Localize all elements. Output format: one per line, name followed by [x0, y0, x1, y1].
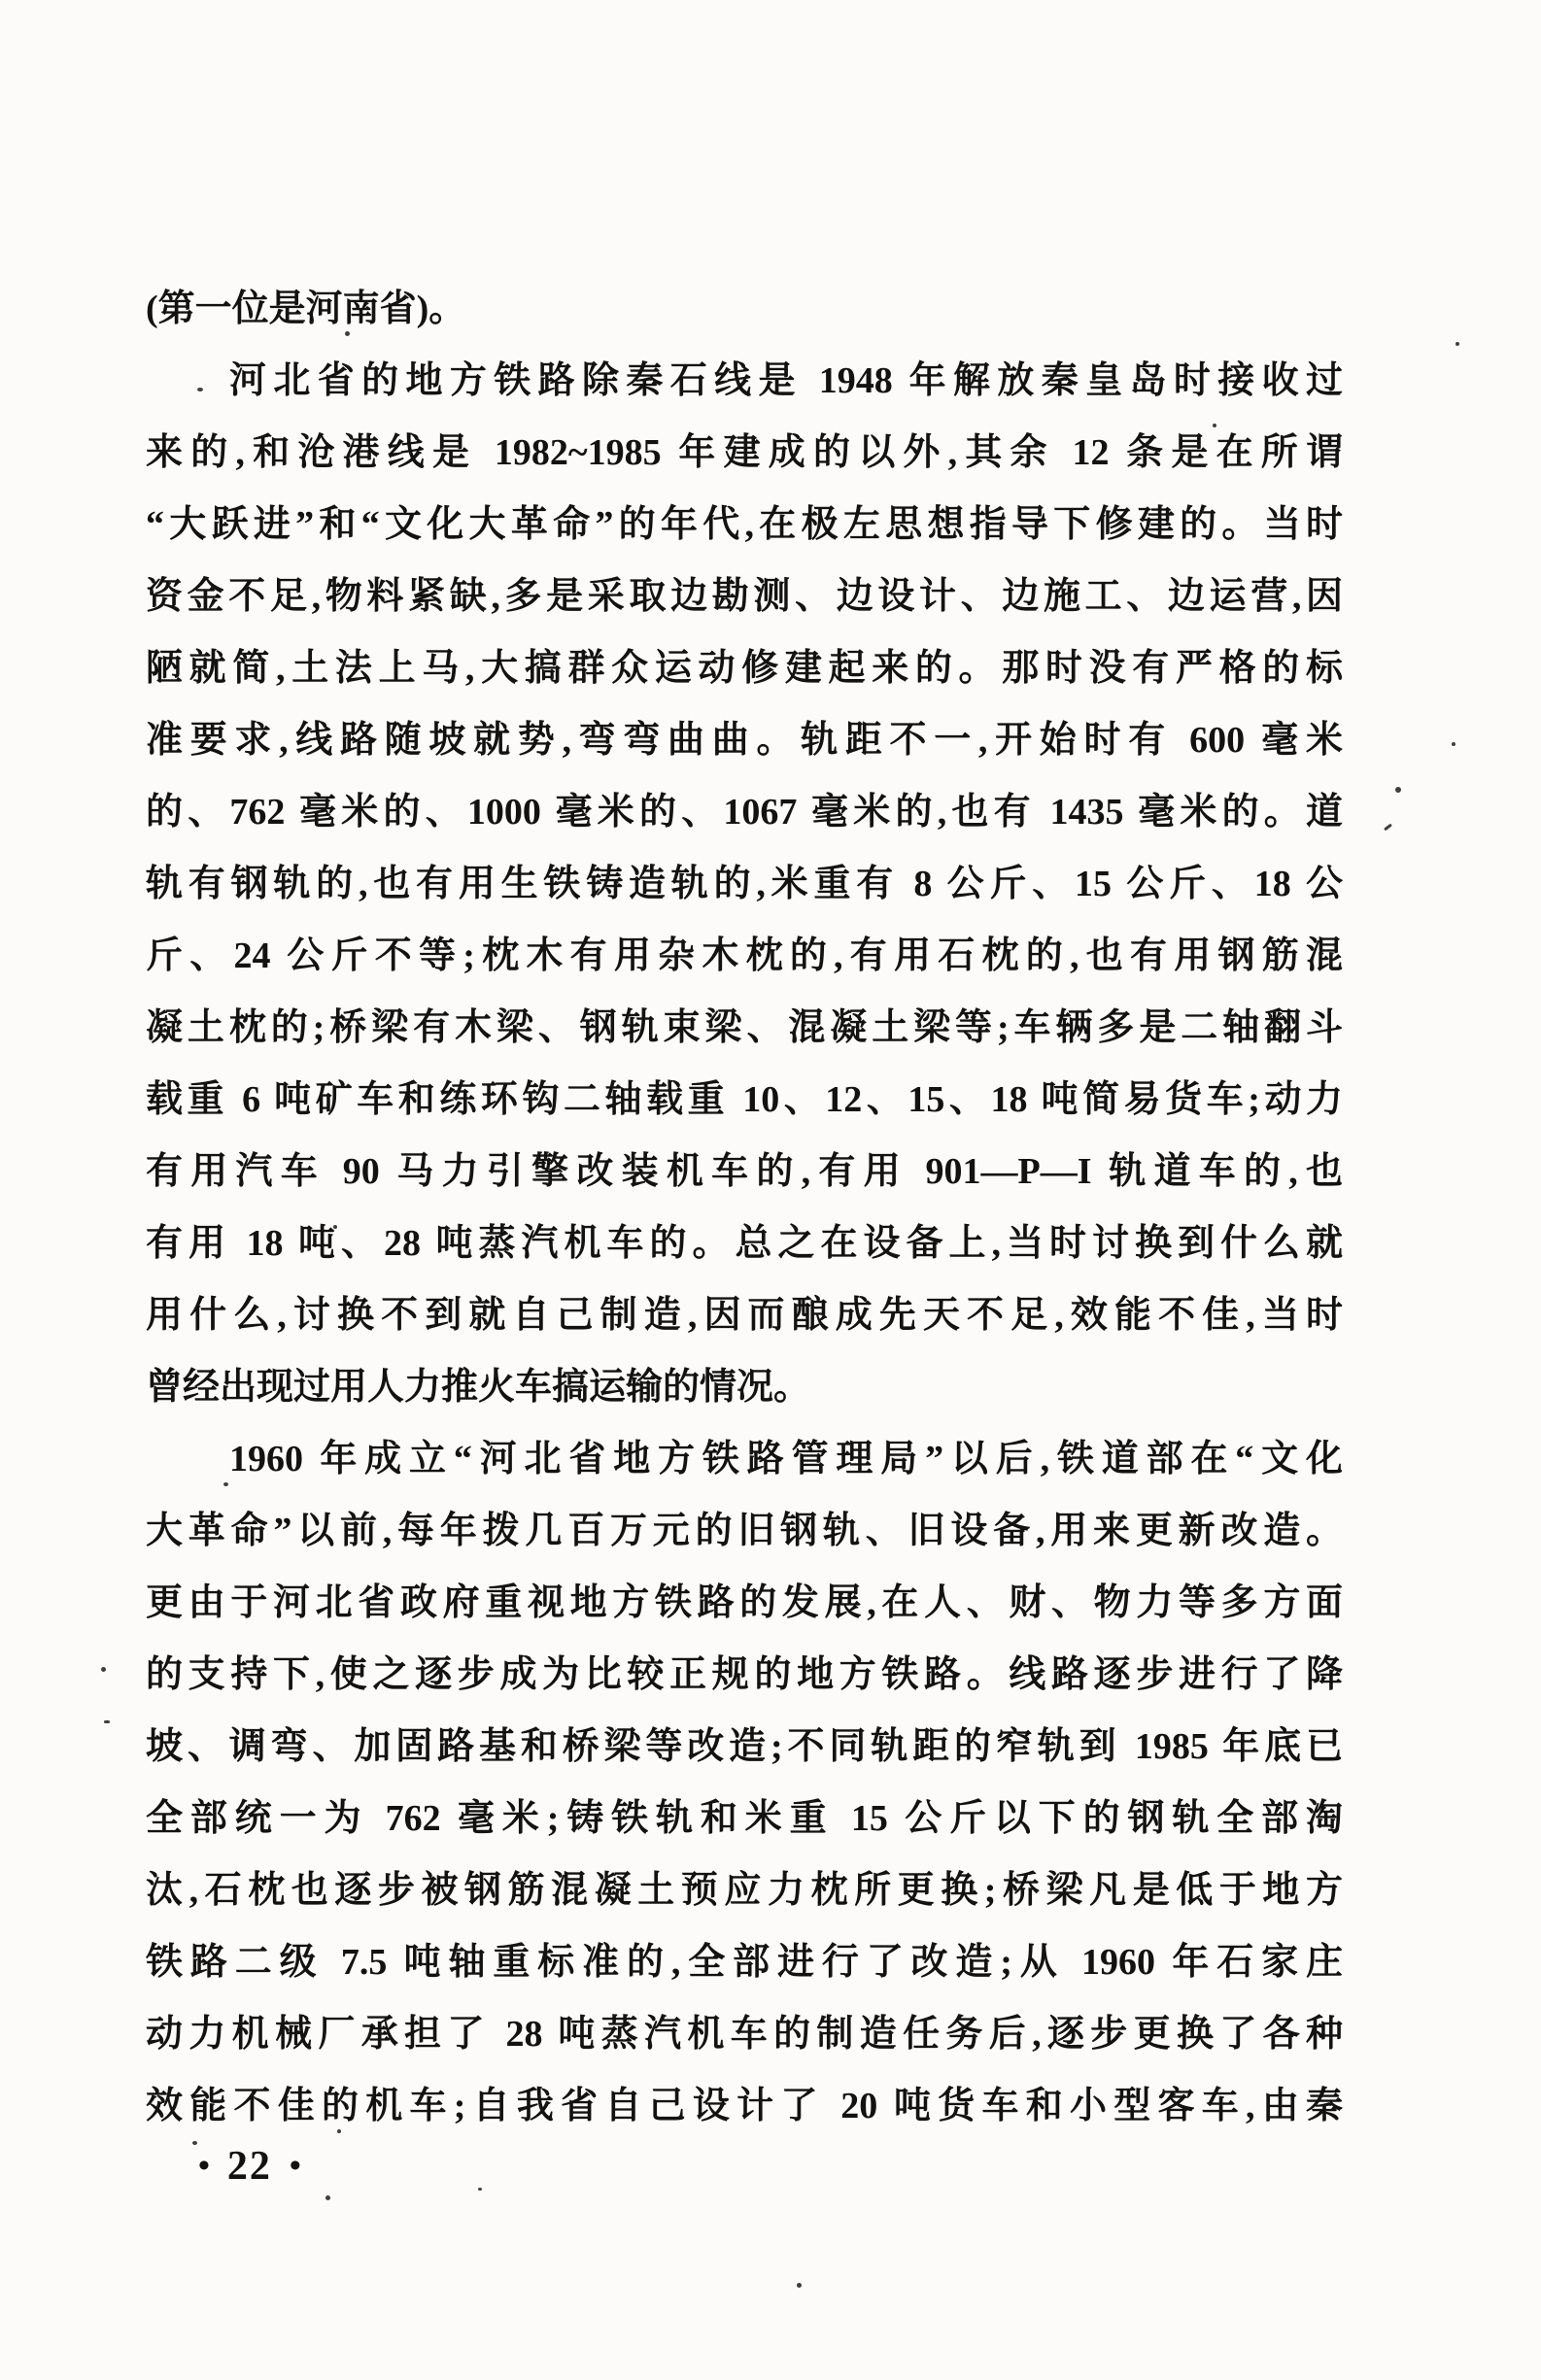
text-line: “大跃进”和“文化大革命”的年代,在极左思想指导下修建的。当时	[146, 489, 1343, 561]
text-line: 轨有钢轨的,也有用生铁铸造轨的,米重有 8 公斤、15 公斤、18 公	[146, 848, 1343, 920]
text-line: (第一位是河南省)。	[146, 273, 1343, 345]
page-number-value: 22	[227, 2143, 272, 2190]
text-line: 大革命”以前,每年拨几百万元的旧钢轨、旧设备,用来更新改造。	[146, 1495, 1343, 1567]
body-text: (第一位是河南省)。 河北省的地方铁路除秦石线是 1948 年解放秦皇岛时接收过…	[146, 273, 1343, 2142]
separator-dot: •	[198, 2137, 210, 2195]
text-line: 准要求,线路随坡就势,弯弯曲曲。轨距不一,开始时有 600 毫米	[146, 704, 1343, 776]
text-line: 来的,和沧港线是 1982~1985 年建成的以外,其余 12 条是在所谓	[146, 417, 1343, 489]
text-line: 陋就简,土法上马,大搞群众运动修建起来的。那时没有严格的标	[146, 632, 1343, 704]
text-line: 动力机械厂承担了 28 吨蒸汽机车的制造任务后,逐步更换了各种	[146, 1998, 1343, 2070]
text-line: 铁路二级 7.5 吨轴重标准的,全部进行了改造;从 1960 年石家庄	[146, 1926, 1343, 1998]
text-line: 载重 6 吨矿车和练环钩二轴载重 10、12、15、18 吨简易货车;动力	[146, 1064, 1343, 1136]
text-line: 1960 年成立“河北省地方铁路管理局”以后,铁道部在“文化	[146, 1423, 1343, 1495]
separator-dot: •	[290, 2137, 301, 2195]
text-line: 汰,石枕也逐步被钢筋混凝土预应力枕所更换;桥梁凡是低于地方	[146, 1854, 1343, 1926]
book-page: (第一位是河南省)。 河北省的地方铁路除秦石线是 1948 年解放秦皇岛时接收过…	[0, 0, 1541, 2380]
text-line: 用什么,讨换不到就自己制造,因而酿成先天不足,效能不佳,当时	[146, 1279, 1343, 1351]
text-line: 曾经出现过用人力推火车搞运输的情况。	[146, 1351, 1343, 1423]
text-line: 斤、24 公斤不等;枕木有用杂木枕的,有用石枕的,也有用钢筋混	[146, 920, 1343, 992]
text-line: 全部统一为 762 毫米;铸铁轨和米重 15 公斤以下的钢轨全部淘	[146, 1783, 1343, 1854]
text-line: 的、762 毫米的、1000 毫米的、1067 毫米的,也有 1435 毫米的。…	[146, 776, 1343, 848]
text-line: 效能不佳的机车;自我省自己设计了 20 吨货车和小型客车,由秦	[146, 2070, 1343, 2142]
text-line: 的支持下,使之逐步成为比较正规的地方铁路。线路逐步进行了降	[146, 1639, 1343, 1711]
text-line: 坡、调弯、加固路基和桥梁等改造;不同轨距的窄轨到 1985 年底已	[146, 1711, 1343, 1783]
text-line: 有用汽车 90 马力引擎改装机车的,有用 901—P—I 轨道车的,也	[146, 1136, 1343, 1207]
page-number: • 22 •	[198, 2137, 301, 2195]
text-line: 有用 18 吨、28 吨蒸汽机车的。总之在设备上,当时讨换到什么就	[146, 1207, 1343, 1279]
text-line: 更由于河北省政府重视地方铁路的发展,在人、财、物力等多方面	[146, 1567, 1343, 1639]
text-line: 河北省的地方铁路除秦石线是 1948 年解放秦皇岛时接收过	[146, 345, 1343, 417]
text-line: 资金不足,物料紧缺,多是采取边勘测、边设计、边施工、边运营,因	[146, 561, 1343, 632]
text-line: 凝土枕的;桥梁有木梁、钢轨束梁、混凝土梁等;车辆多是二轴翻斗	[146, 992, 1343, 1064]
